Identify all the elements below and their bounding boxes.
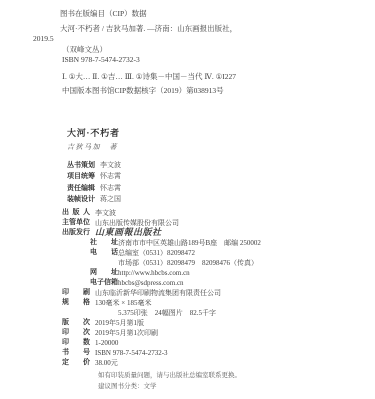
row-value: 5.375印张 24幅图片 82.5千字	[118, 309, 216, 317]
print-run-row: 印数1-20000	[0, 338, 375, 348]
publisher-logotype: 山東画報出版社	[95, 228, 162, 238]
impression-row: 印次2019年5月第1次印刷	[0, 328, 375, 338]
row-value: 1-20000	[95, 339, 118, 347]
row-label: 印次	[62, 328, 90, 338]
staff-value: 怀志霄	[100, 184, 121, 192]
staff-label: 责任编辑	[67, 184, 95, 194]
row-label: 印数	[62, 338, 90, 348]
staff-row-responsible-editor: 责任编辑怀志霄	[67, 183, 121, 194]
row-label: 网址	[90, 268, 118, 278]
staff-label: 项目统筹	[67, 172, 95, 182]
publishing-details: 出版人李文波 主管单位山东出版传媒股份有限公司 出版发行山東画報出版社 社址济南…	[0, 208, 375, 368]
cip-entry-line-1: 大河·不朽者 / 吉狄马加著. —济南：山东画报出版社，	[0, 24, 375, 35]
website-row: 网址http://www.hbcbs.com.cn	[0, 268, 375, 278]
row-label: 印刷	[62, 288, 90, 298]
cip-record-number: 中国版本图书馆CIP数据核字（2019）第038913号	[0, 86, 375, 97]
row-label: 出版人	[62, 208, 90, 218]
book-title: 大河·不朽者	[67, 128, 120, 139]
staff-label: 丛书策划	[67, 161, 95, 171]
cip-series-note: （双峰文丛）	[0, 45, 375, 56]
email-address: hbcbs@sdpress.com.cn	[118, 279, 184, 287]
address-row: 社址济南市市中区英雄山路189号B座 邮编 250002	[0, 238, 375, 248]
row-label: 主管单位	[62, 218, 90, 228]
staff-row-project-coordinator: 项目统筹怀志霄	[67, 171, 121, 182]
row-value: 2019年5月第1次印刷	[95, 329, 158, 337]
format-row: 规格130毫米 × 185毫米	[0, 298, 375, 308]
cip-classification: Ⅰ. ①大… Ⅱ. ①吉… Ⅲ. ①诗集－中国－当代 Ⅳ. ①I227	[0, 72, 375, 83]
staff-credits: 丛书策划李文波 项目统筹怀志霄 责任编辑怀志霄 装帧设计蒋之国	[67, 160, 121, 206]
staff-value: 李文波	[100, 161, 121, 169]
row-value: 山东出版传媒股份有限公司	[95, 219, 179, 227]
row-value: 济南市市中区英雄山路189号B座 邮编 250002	[118, 239, 261, 247]
isbn-value: ISBN 978-7-5474-2732-3	[95, 349, 168, 357]
row-value: 山东临沂新华印刷物流集团有限责任公司	[95, 289, 221, 297]
price-row: 定价38.00元	[0, 358, 375, 368]
row-value: 130毫米 × 185毫米	[95, 299, 151, 307]
phone-continuation-row: 市场部（0531）82098479 82098476（传真）	[0, 258, 375, 268]
publisher-row: 出版发行山東画報出版社	[0, 228, 375, 238]
supervisor-row: 主管单位山东出版传媒股份有限公司	[0, 218, 375, 228]
category-note: 建议图书分类：文学	[98, 382, 241, 393]
printer-row: 印刷山东临沂新华印刷物流集团有限责任公司	[0, 288, 375, 298]
publisher-person-row: 出版人李文波	[0, 208, 375, 218]
staff-row-series-planner: 丛书策划李文波	[67, 160, 121, 171]
row-label: 出版发行	[62, 228, 90, 238]
book-author: 吉狄马加 著	[67, 142, 120, 152]
edition-row: 版次2019年5月第1版	[0, 318, 375, 328]
row-value: 市场部（0531）82098479 82098476（传真）	[118, 259, 258, 267]
row-value: 总编室（0531）82098472	[118, 249, 195, 257]
book-number-row: 书号ISBN 978-7-5474-2732-3	[0, 348, 375, 358]
row-value: 李文波	[95, 209, 116, 217]
row-label: 书号	[62, 348, 90, 358]
cip-entry-line-2: 2019.5	[0, 34, 375, 45]
copyright-page: 图书在版编目（CIP）数据 大河·不朽者 / 吉狄马加著. —济南：山东画报出版…	[0, 0, 375, 399]
cip-block: 图书在版编目（CIP）数据 大河·不朽者 / 吉狄马加著. —济南：山东画报出版…	[0, 9, 375, 97]
cip-isbn: ISBN 978-7-5474-2732-3	[0, 55, 375, 66]
row-value: 2019年5月第1版	[95, 319, 144, 327]
price-value: 38.00元	[95, 359, 118, 367]
staff-label: 装帧设计	[67, 195, 95, 205]
phone-row: 电话总编室（0531）82098472	[0, 248, 375, 258]
email-row: 电子信箱hbcbs@sdpress.com.cn	[0, 278, 375, 288]
row-label: 规格	[62, 298, 90, 308]
quality-note: 如有印装质量问题，请与出版社总编室联系更换。	[98, 371, 241, 382]
row-label: 电子信箱	[90, 278, 118, 288]
cip-header: 图书在版编目（CIP）数据	[0, 9, 375, 20]
staff-row-binding-designer: 装帧设计蒋之国	[67, 194, 121, 205]
row-label: 电话	[90, 248, 118, 258]
website-url: http://www.hbcbs.com.cn	[118, 269, 190, 277]
row-label: 社址	[90, 238, 118, 248]
row-label: 定价	[62, 358, 90, 368]
title-block: 大河·不朽者 吉狄马加 著	[67, 128, 120, 152]
staff-value: 怀志霄	[100, 172, 121, 180]
row-label: 版次	[62, 318, 90, 328]
staff-value: 蒋之国	[100, 195, 121, 203]
footer-notes: 如有印装质量问题，请与出版社总编室联系更换。 建议图书分类：文学	[98, 371, 241, 392]
format-continuation-row: 5.375印张 24幅图片 82.5千字	[0, 308, 375, 318]
